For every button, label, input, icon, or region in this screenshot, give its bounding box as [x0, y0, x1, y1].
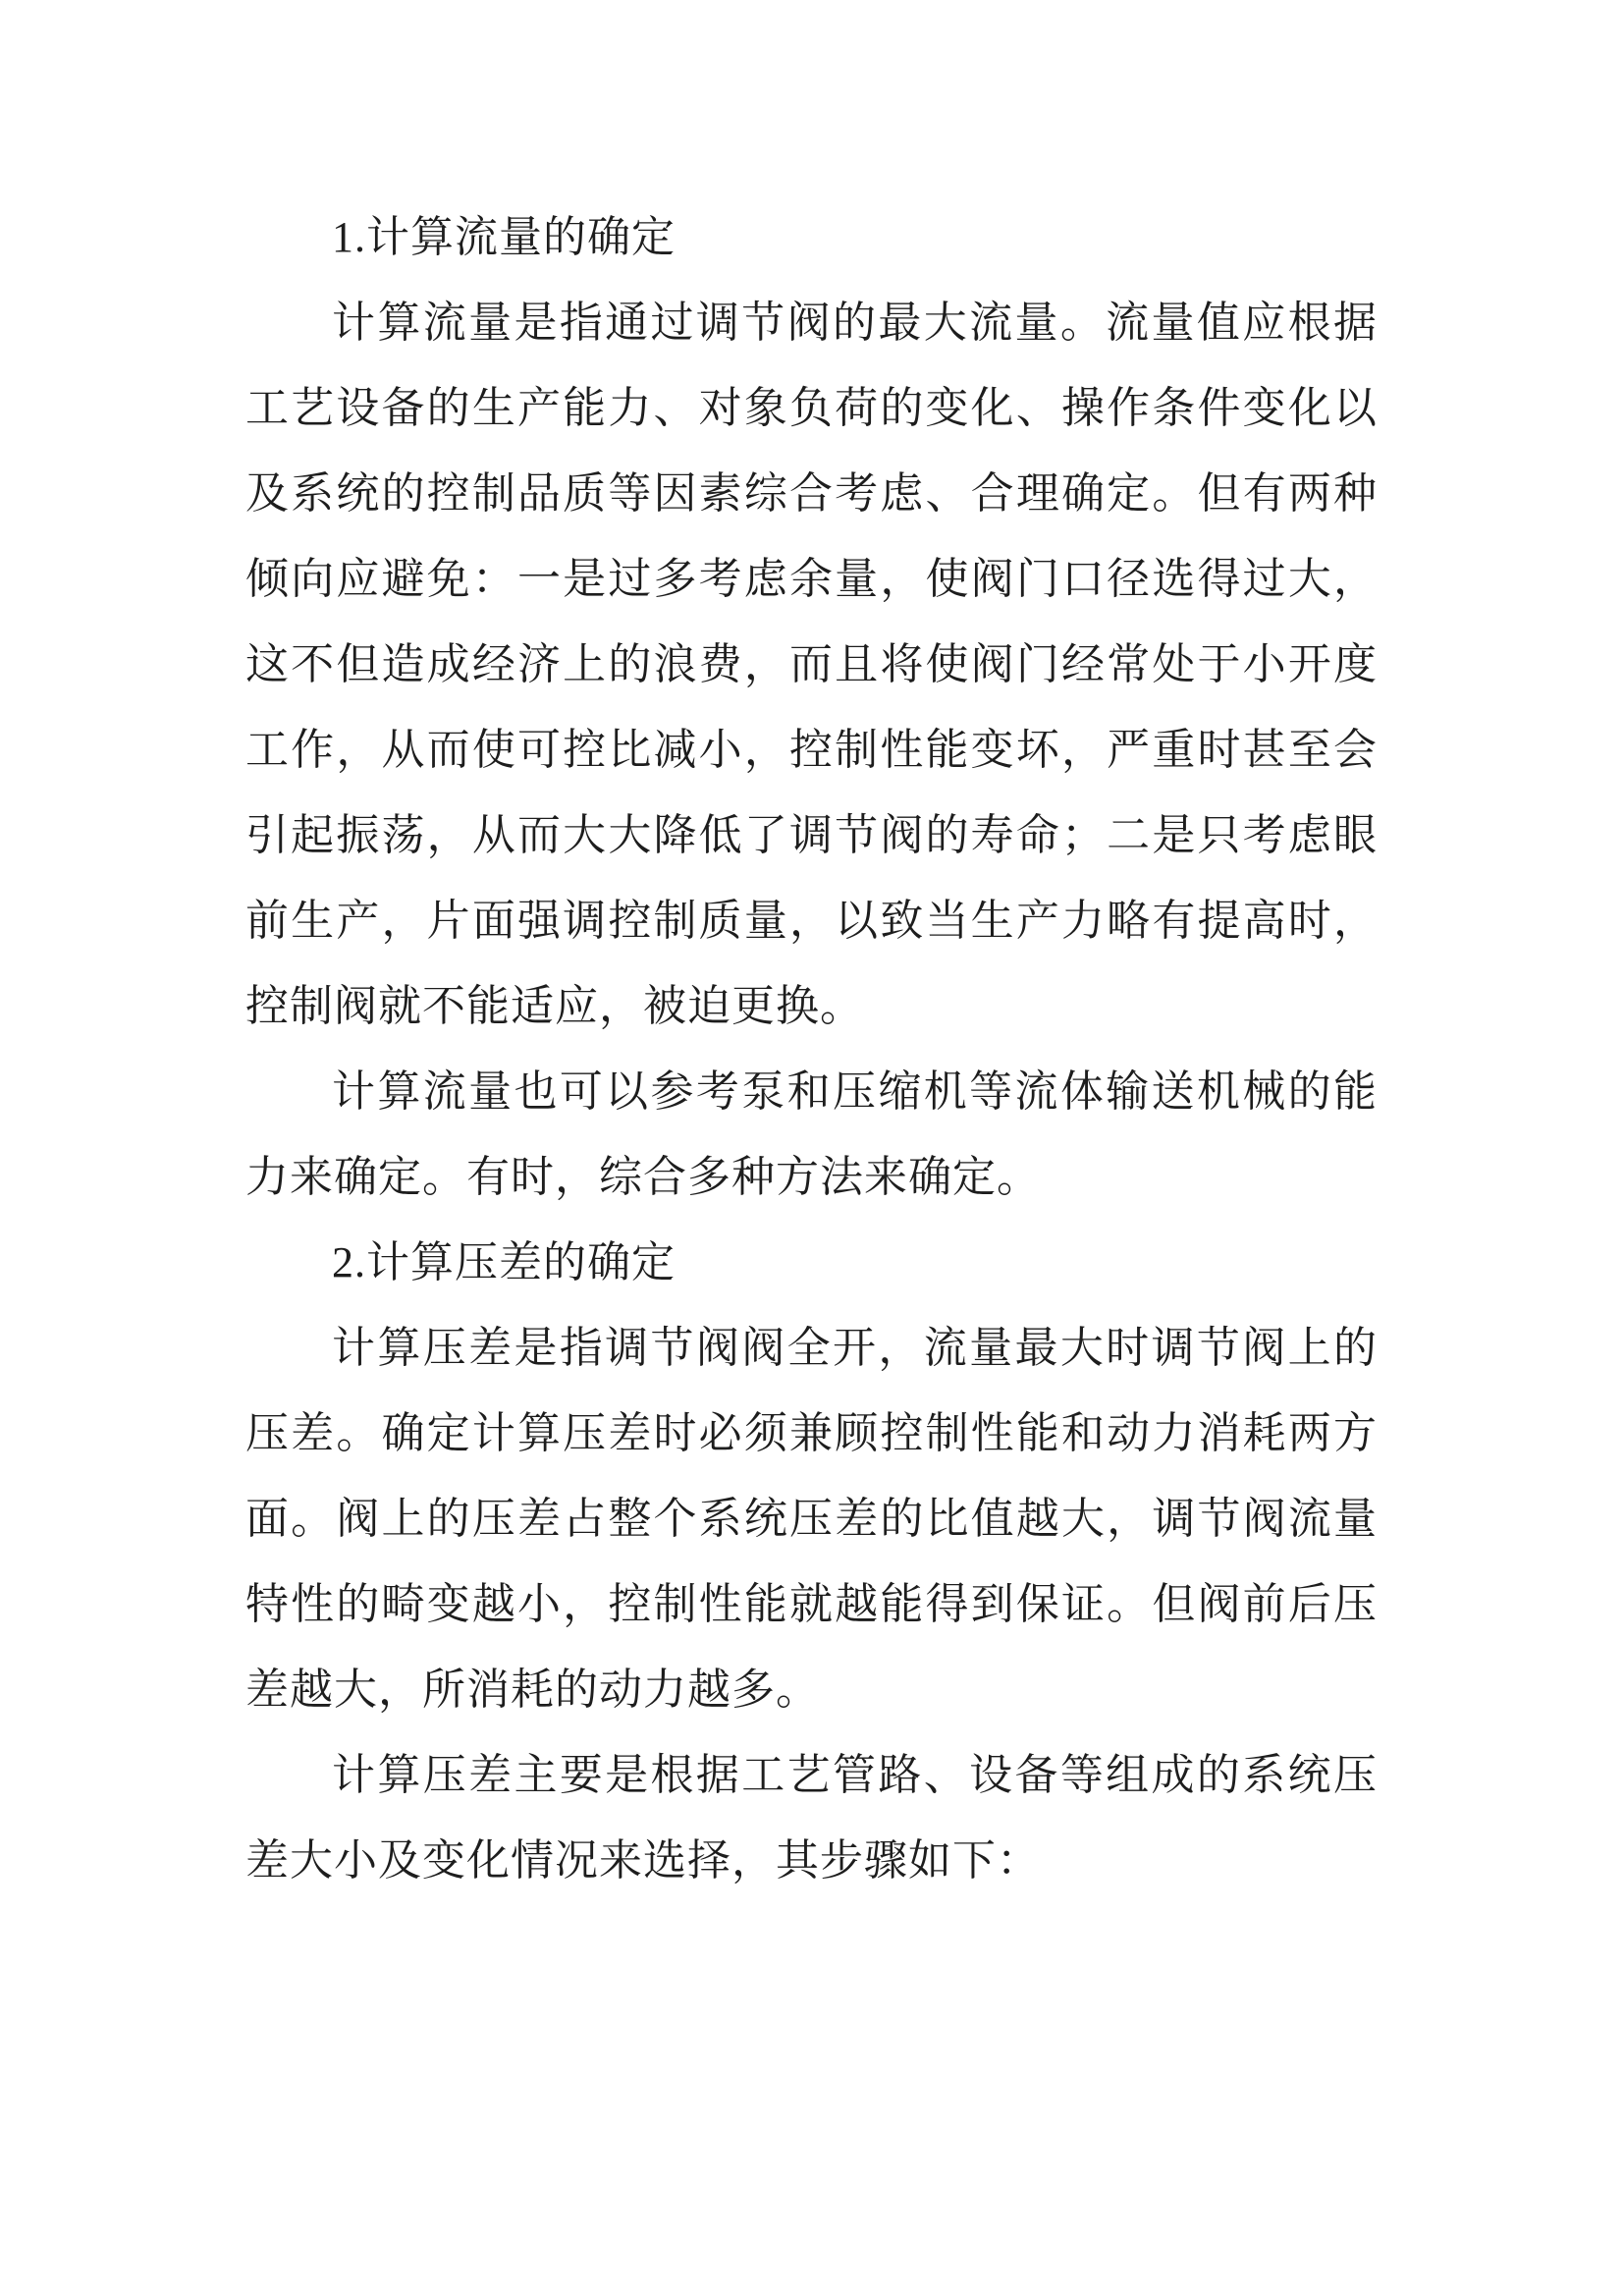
body-paragraph: 计算流量是指通过调节阀的最大流量。流量值应根据工艺设备的生产能力、对象负荷的变化…: [245, 280, 1378, 1049]
body-paragraph: 计算压差是指调节阀阀全开，流量最大时调节阀上的压差。确定计算压差时必须兼顾控制性…: [245, 1305, 1378, 1732]
section-heading: 2.计算压差的确定: [245, 1220, 1378, 1305]
body-paragraph: 计算流量也可以参考泵和压缩机等流体输送机械的能力来确定。有时，综合多种方法来确定…: [245, 1049, 1378, 1220]
paragraph-list: 1.计算流量的确定计算流量是指通过调节阀的最大流量。流量值应根据工艺设备的生产能…: [245, 194, 1378, 1903]
section-heading: 1.计算流量的确定: [245, 194, 1378, 280]
body-paragraph: 计算压差主要是根据工艺管路、设备等组成的系统压差大小及变化情况来选择，其步骤如下…: [245, 1732, 1378, 1903]
document-page: 1.计算流量的确定计算流量是指通过调节阀的最大流量。流量值应根据工艺设备的生产能…: [0, 0, 1623, 2296]
